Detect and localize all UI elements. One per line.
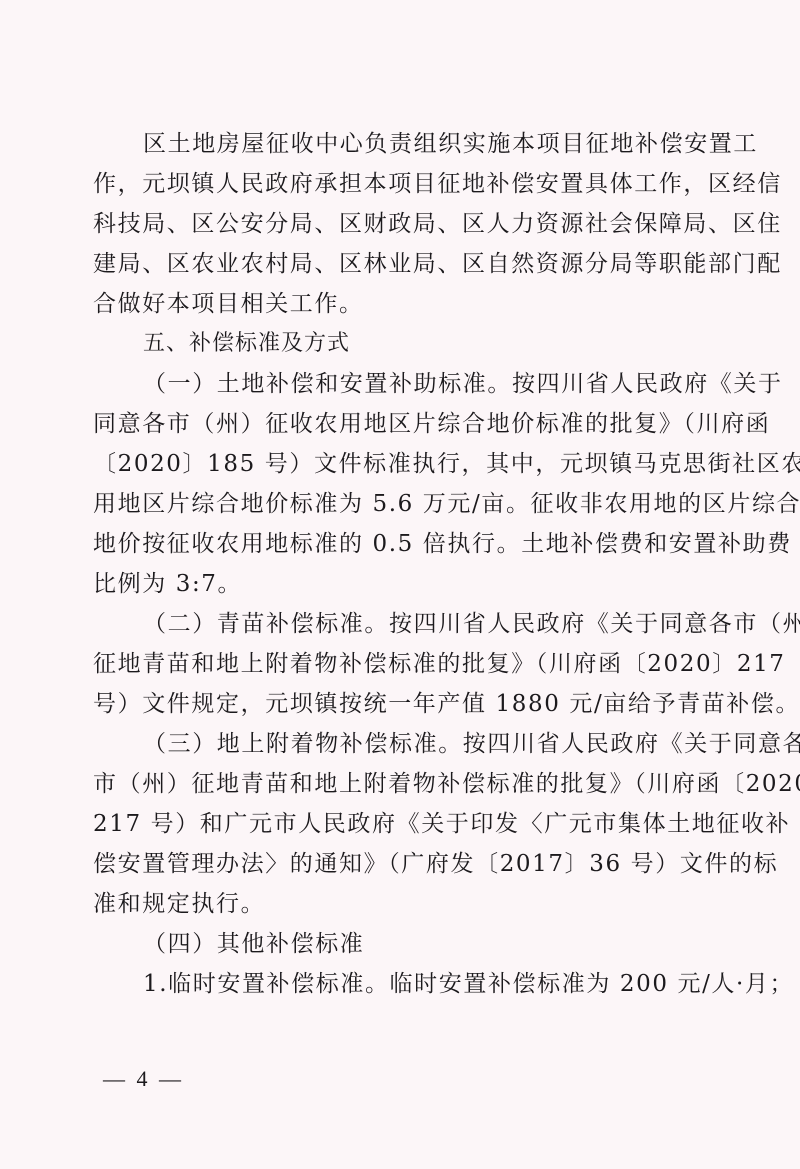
text-line: 217 号）和广元市人民政府《关于印发〈广元市集体土地征收补	[93, 804, 743, 844]
section-heading: 五、补偿标准及方式	[93, 324, 743, 364]
text-line: 科技局、区公安分局、区财政局、区人力资源社会保障局、区住	[93, 204, 743, 244]
paragraph-land-compensation: （一）土地补偿和安置补助标准。按四川省人民政府《关于 同意各市（州）征收农用地区…	[93, 364, 743, 604]
text-line: 作，元坝镇人民政府承担本项目征地补偿安置具体工作，区经信	[93, 164, 743, 204]
text-line: 偿安置管理办法〉的通知》（广府发〔2017〕36 号）文件的标	[93, 844, 743, 884]
text-line: 准和规定执行。	[93, 884, 743, 924]
text-line: 区土地房屋征收中心负责组织实施本项目征地补偿安置工	[93, 124, 743, 164]
text-line: 征地青苗和地上附着物补偿标准的批复》（川府函〔2020〕217	[93, 644, 743, 684]
paragraph-temporary-resettlement: 1.临时安置补偿标准。临时安置补偿标准为 200 元/人·月；	[93, 964, 743, 1004]
paragraph-departments: 区土地房屋征收中心负责组织实施本项目征地补偿安置工 作，元坝镇人民政府承担本项目…	[93, 124, 743, 324]
text-line: （三）地上附着物补偿标准。按四川省人民政府《关于同意各	[93, 724, 743, 764]
text-line: 比例为 3:7。	[93, 564, 743, 604]
paragraph-other-compensation: （四）其他补偿标准	[93, 924, 743, 964]
text-line: 同意各市（州）征收农用地区片综合地价标准的批复》（川府函	[93, 404, 743, 444]
text-line: 1.临时安置补偿标准。临时安置补偿标准为 200 元/人·月；	[93, 964, 743, 1004]
text-line: 合做好本项目相关工作。	[93, 284, 743, 324]
heading-text: 五、补偿标准及方式	[93, 324, 743, 364]
text-line: 地价按征收农用地标准的 0.5 倍执行。土地补偿费和安置补助费	[93, 524, 743, 564]
paragraph-attachment-compensation: （三）地上附着物补偿标准。按四川省人民政府《关于同意各 市（州）征地青苗和地上附…	[93, 724, 743, 924]
text-line: 市（州）征地青苗和地上附着物补偿标准的批复》（川府函〔2020〕	[93, 764, 743, 804]
text-line: 用地区片综合地价标准为 5.6 万元/亩。征收非农用地的区片综合	[93, 484, 743, 524]
text-line: （二）青苗补偿标准。按四川省人民政府《关于同意各市（州）	[93, 604, 743, 644]
document-page: 区土地房屋征收中心负责组织实施本项目征地补偿安置工 作，元坝镇人民政府承担本项目…	[93, 124, 743, 1004]
text-line: （一）土地补偿和安置补助标准。按四川省人民政府《关于	[93, 364, 743, 404]
text-line: 号）文件规定，元坝镇按统一年产值 1880 元/亩给予青苗补偿。	[93, 684, 743, 724]
text-line: 〔2020〕185 号）文件标准执行，其中，元坝镇马克思街社区农	[93, 444, 743, 484]
text-line: 建局、区农业农村局、区林业局、区自然资源分局等职能部门配	[93, 244, 743, 284]
text-line: （四）其他补偿标准	[93, 924, 743, 964]
page-number: — 4 —	[103, 1066, 184, 1092]
paragraph-crop-compensation: （二）青苗补偿标准。按四川省人民政府《关于同意各市（州） 征地青苗和地上附着物补…	[93, 604, 743, 724]
